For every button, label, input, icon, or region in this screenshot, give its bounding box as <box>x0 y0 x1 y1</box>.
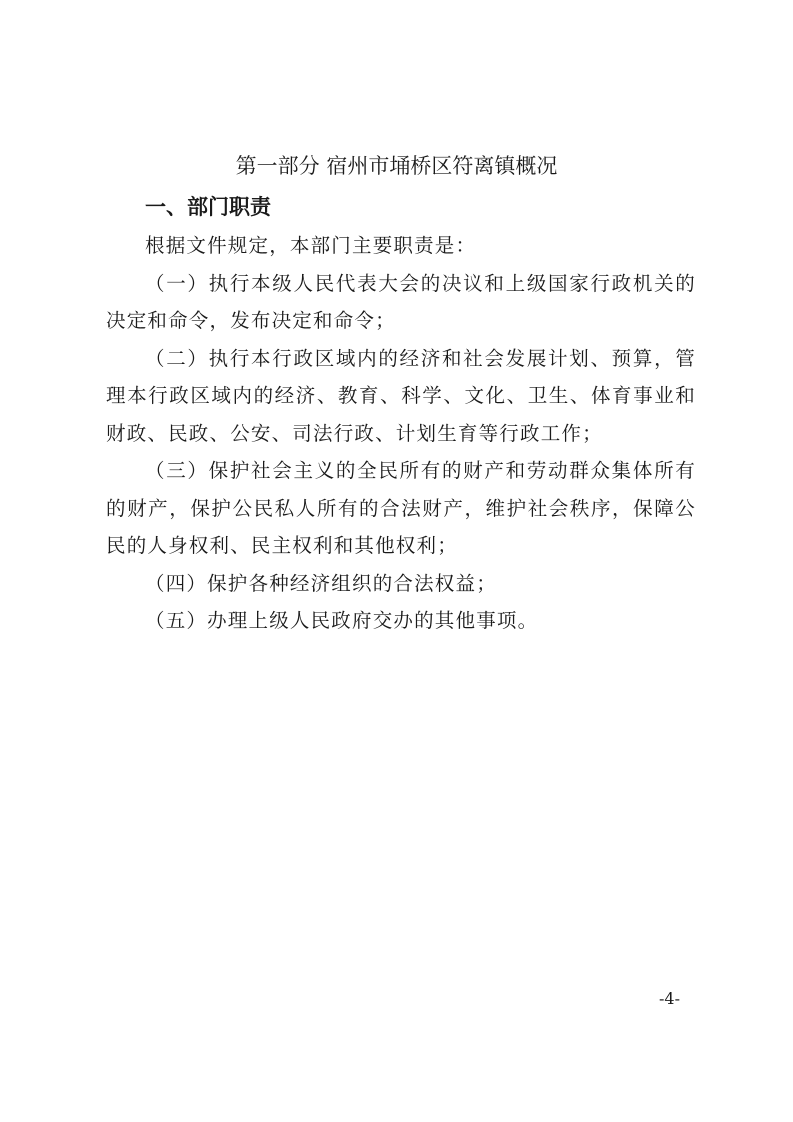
page-number: -4- <box>659 989 680 1008</box>
intro-paragraph: 根据文件规定，本部门主要职责是： <box>106 227 696 265</box>
page-title: 第一部分 宿州市埇桥区符离镇概况 <box>0 150 793 180</box>
duty-item-3: （三）保护社会主义的全民所有的财产和劳动群众集体所有的财产，保护公民私人所有的合… <box>106 452 696 565</box>
duty-item-2: （二）执行本行政区域内的经济和社会发展计划、预算，管理本行政区域内的经济、教育、… <box>106 340 696 453</box>
duty-item-5: （五）办理上级人民政府交办的其他事项。 <box>106 602 696 640</box>
duty-item-1: （一）执行本级人民代表大会的决议和上级国家行政机关的决定和命令，发布决定和命令； <box>106 265 696 340</box>
duty-item-4: （四）保护各种经济组织的合法权益； <box>106 565 696 603</box>
document-body: 根据文件规定，本部门主要职责是： （一）执行本级人民代表大会的决议和上级国家行政… <box>106 227 696 640</box>
section-heading: 一、部门职责 <box>145 191 271 221</box>
